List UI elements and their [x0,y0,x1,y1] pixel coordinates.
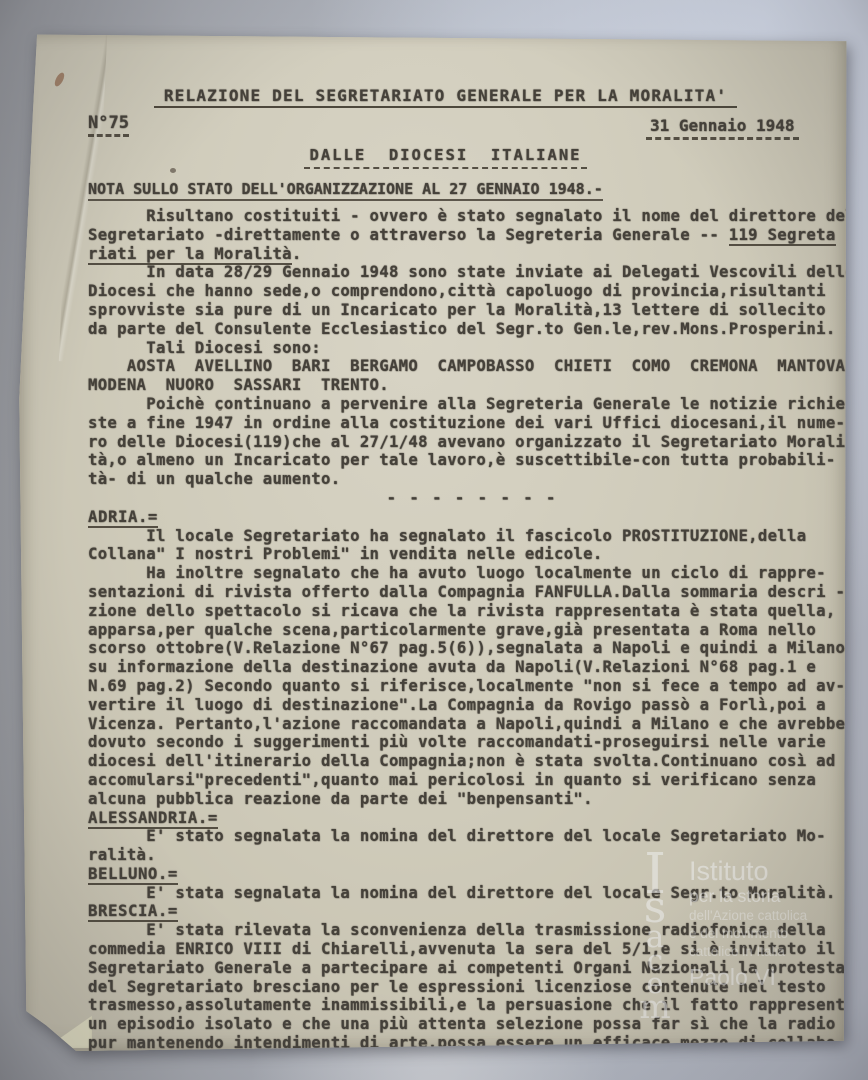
paper-stain [53,71,66,88]
document-line: Segretariato -direttamente o attraverso … [88,226,856,245]
document-line: Il locale Segretariato ha segnalato il f… [88,527,856,546]
paper-stain [170,168,176,173]
section-heading: BRESCIA.= [88,902,856,921]
document-line: dovuto secondo i suggerimenti più volte … [88,733,856,752]
document-subtitle: DALLE DIOCESI ITALIANE [73,146,818,164]
document-line: AOSTA AVELLINO BARI BERGAMO CAMPOBASSO C… [88,357,856,376]
document-line: E' stata rilevata la sconvenienza della … [88,921,856,940]
document-line: E' stato segnalata la nomina del diretto… [88,827,856,846]
paper-sheet: RELAZIONE DEL SEGRETARIATO GENERALE PER … [0,0,868,1080]
document-line: - - - - - - - - [88,489,856,508]
document-line: N.69 pag.2) Secondo quanto si riferisce,… [88,677,856,696]
document-title-text: RELAZIONE DEL SEGRETARIATO GENERALE PER … [154,86,737,108]
document-line: alcuna pubblica reazione da parte dei "b… [88,790,856,809]
document-line: sprovviste sia pure di un Incaricato per… [88,301,856,320]
document-line: scorso ottobre(V.Relazione N°67 pag.5(6)… [88,639,856,658]
document-line: da parte del Consulente Ecclesiastico de… [88,320,856,339]
section-heading: BELLUNO.= [88,865,856,884]
document-body: Risultano costituiti - ovvero è stato se… [88,207,856,1053]
section-heading: ALESSANDRIA.= [88,809,856,828]
document-line: sentazioni di rivista offerto dalla Comp… [88,583,856,602]
document-line: diocesi dell'itinerario della Compagnia;… [88,752,856,771]
paper-fold-corner [46,1002,92,1048]
document-line: del Segretariato bresciano per le espres… [88,978,856,997]
document-date: 31 Gennaio 1948 [646,116,799,135]
section-heading: ADRIA.= [88,508,856,527]
document-line: pur mantenendo intendimenti di arte,poss… [88,1034,856,1053]
document-line: tà- di un qualche aumento. [88,470,856,489]
document-section-note: NOTA SULLO STATO DELL'ORGANIZZAZIONE AL … [88,180,603,198]
document-line: zione dello spettacolo si ricava che la … [88,602,856,621]
document-line: commedia ENRICO VIII di Chiarelli,avvenu… [88,940,856,959]
document-title: RELAZIONE DEL SEGRETARIATO GENERALE PER … [73,86,818,105]
document-line: un episodio isolato e che una più attent… [88,1015,856,1034]
paper-surface: RELAZIONE DEL SEGRETARIATO GENERALE PER … [18,30,848,1052]
document-line: tà,o almeno un Incaricato per tale lavor… [88,451,856,470]
document-line: trasmesso,assolutamente inammissibili,e … [88,996,856,1015]
document-line: riati per la Moralità. [88,245,856,264]
document-line: apparsa,per qualche scena,particolarment… [88,621,856,640]
document-line: accomularsi"precedenti",quanto mai peric… [88,771,856,790]
document-line: ralità. [88,846,856,865]
document-line: ste a fine 1947 in ordine alla costituzi… [88,414,856,433]
document-line: Tali Diocesi sono: [88,339,856,358]
document-line: ro delle Diocesi(119)che al 27/1/48 avev… [88,433,856,452]
document-line: su informazione della destinazione avuta… [88,658,856,677]
document-section-note-text: NOTA SULLO STATO DELL'ORGANIZZAZIONE AL … [88,180,603,201]
document-subtitle-text: DALLE DIOCESI ITALIANE [304,146,588,169]
document-date-text: 31 Gennaio 1948 [646,116,799,140]
document-number-text: N°75 [88,113,129,137]
document-line: Diocesi che hanno sede,o comprendono,cit… [88,282,856,301]
document-line: Collana" I nostri Problemi" in vendita n… [88,545,856,564]
document-line: In data 28/29 Gennaio 1948 sono state in… [88,263,856,282]
document-line: Risultano costituiti - ovvero è stato se… [88,207,856,226]
document-line: Vicenza. Pertanto,l'azione raccomandata … [88,715,856,734]
document-line: Poichè continuano a pervenire alla Segre… [88,395,856,414]
document-line: Segretariato Generale a partecipare ai c… [88,959,856,978]
document-line: vertire il luogo di destinazione".La Com… [88,696,856,715]
document-number: N°75 [88,113,129,133]
document-line: Ha inoltre segnalato che ha avuto luogo … [88,564,856,583]
document-line: E' stata segnalata la nomina del diretto… [88,884,856,903]
photo-background: RELAZIONE DEL SEGRETARIATO GENERALE PER … [0,0,868,1080]
document-line: MODENA NUORO SASSARI TRENTO. [88,376,856,395]
